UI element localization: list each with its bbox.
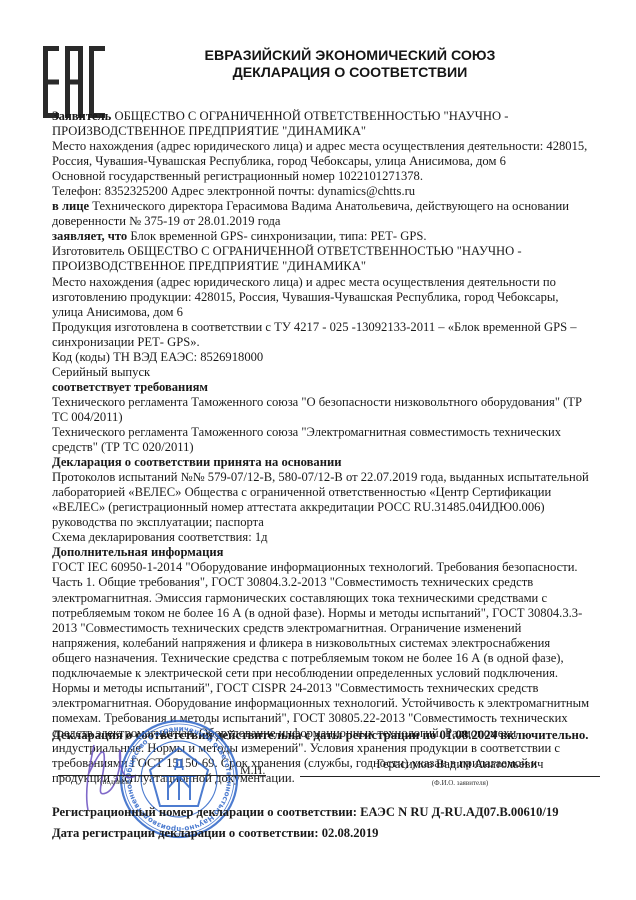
union-title: ЕВРАЗИЙСКИЙ ЭКОНОМИЧЕСКИЙ СОЮЗ: [150, 48, 550, 65]
declaration-body: Заявитель ОБЩЕСТВО С ОГРАНИЧЕННОЙ ОТВЕТС…: [52, 109, 592, 786]
basis-heading: Декларация о соответствии принята на осн…: [52, 455, 592, 470]
representative-line: в лице Технического директора Герасимова…: [52, 199, 592, 229]
applicant-line: Заявитель ОБЩЕСТВО С ОГРАНИЧЕННОЙ ОТВЕТС…: [52, 109, 592, 139]
registration-block: Регистрационный номер декларации о соотв…: [52, 804, 612, 846]
signer-name-caption: (Ф.И.О. заявителя): [300, 779, 620, 787]
applicant-ogrn: Основной государственный регистрационный…: [52, 169, 592, 184]
hs-code: Код (коды) ТН ВЭД ЕАЭС: 8526918000: [52, 350, 592, 365]
represented-by: Технического директора Герасимова Вадима…: [52, 199, 569, 228]
eac-mark-icon: [43, 46, 107, 118]
applicant-contacts: Телефон: 8352325200 Адрес электронной по…: [52, 184, 592, 199]
product-name: Блок временной GPS- синхронизации, типа:…: [127, 229, 426, 243]
declaration-scheme: Схема декларирования соответствия: 1д: [52, 530, 592, 545]
signature-caption: (подпись): [100, 777, 131, 786]
production-type: Серийный выпуск: [52, 365, 592, 380]
stamp-mark-label: М.П.: [240, 763, 265, 778]
document-header: ЕВРАЗИЙСКИЙ ЭКОНОМИЧЕСКИЙ СОЮЗ ДЕКЛАРАЦИ…: [150, 48, 550, 82]
declares-label: заявляет, что: [52, 229, 127, 243]
requirement-item: Технического регламента Таможенного союз…: [52, 395, 592, 425]
manufacturer-address: Место нахождения (адрес юридического лиц…: [52, 275, 592, 320]
applicant-address: Место нахождения (адрес юридического лиц…: [52, 139, 592, 169]
basis-documents: руководства по эксплуатации; паспорта: [52, 515, 592, 530]
signer-name-line: [300, 776, 600, 777]
requirement-item: Технического регламента Таможенного союз…: [52, 425, 592, 455]
signer-name: Герасимов Вадим Анатольевич: [300, 757, 620, 772]
represented-by-label: в лице: [52, 199, 89, 213]
signature-line: [58, 775, 266, 776]
registration-number: Регистрационный номер декларации о соотв…: [52, 804, 612, 820]
manufacturer-line: Изготовитель ОБЩЕСТВО С ОГРАНИЧЕННОЙ ОТВ…: [52, 244, 592, 274]
declaration-title: ДЕКЛАРАЦИЯ О СООТВЕТСТВИИ: [150, 65, 550, 82]
svg-text:Д: Д: [174, 757, 185, 771]
declares-line: заявляет, что Блок временной GPS- синхро…: [52, 229, 592, 244]
test-protocols: Протоколов испытаний №№ 579-07/12-В, 580…: [52, 470, 592, 515]
manufacturer-label: Изготовитель: [52, 244, 125, 258]
requirements-heading: соответствует требованиям: [52, 380, 592, 395]
registration-date: Дата регистрации декларации о соответств…: [52, 825, 612, 841]
applicant-name: ОБЩЕСТВО С ОГРАНИЧЕННОЙ ОТВЕТСТВЕННОСТЬЮ…: [52, 109, 508, 138]
applicant-label: Заявитель: [52, 109, 111, 123]
additional-heading: Дополнительная информация: [52, 545, 592, 560]
product-spec: Продукция изготовлена в соответствии с Т…: [52, 320, 592, 350]
